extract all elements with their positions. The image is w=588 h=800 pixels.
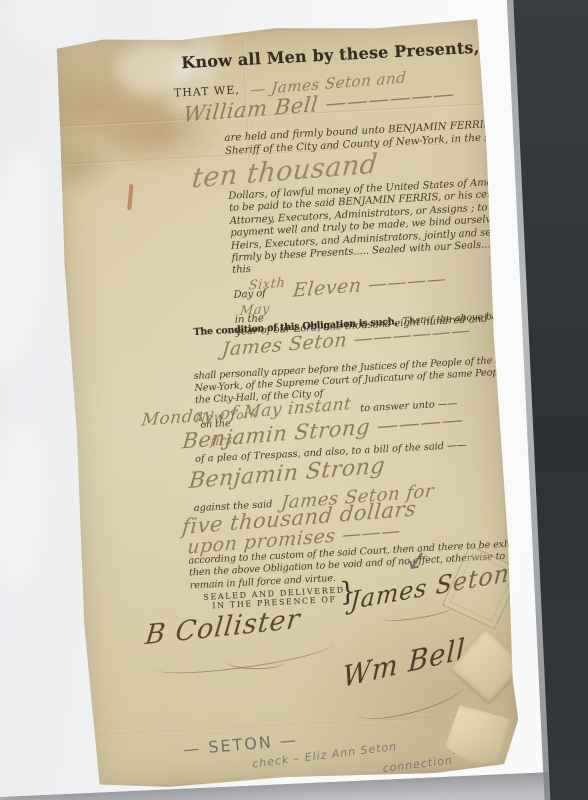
- pencil-note-sub: connection: [382, 754, 454, 776]
- document-title: Know all Men by these Presents,: [181, 38, 480, 73]
- photo-of-historical-bond-document: Know all Men by these Presents, THAT WE,…: [0, 0, 588, 800]
- red-ink-stain: [127, 184, 133, 210]
- document-paper: Know all Men by these Presents, THAT WE,…: [52, 17, 521, 790]
